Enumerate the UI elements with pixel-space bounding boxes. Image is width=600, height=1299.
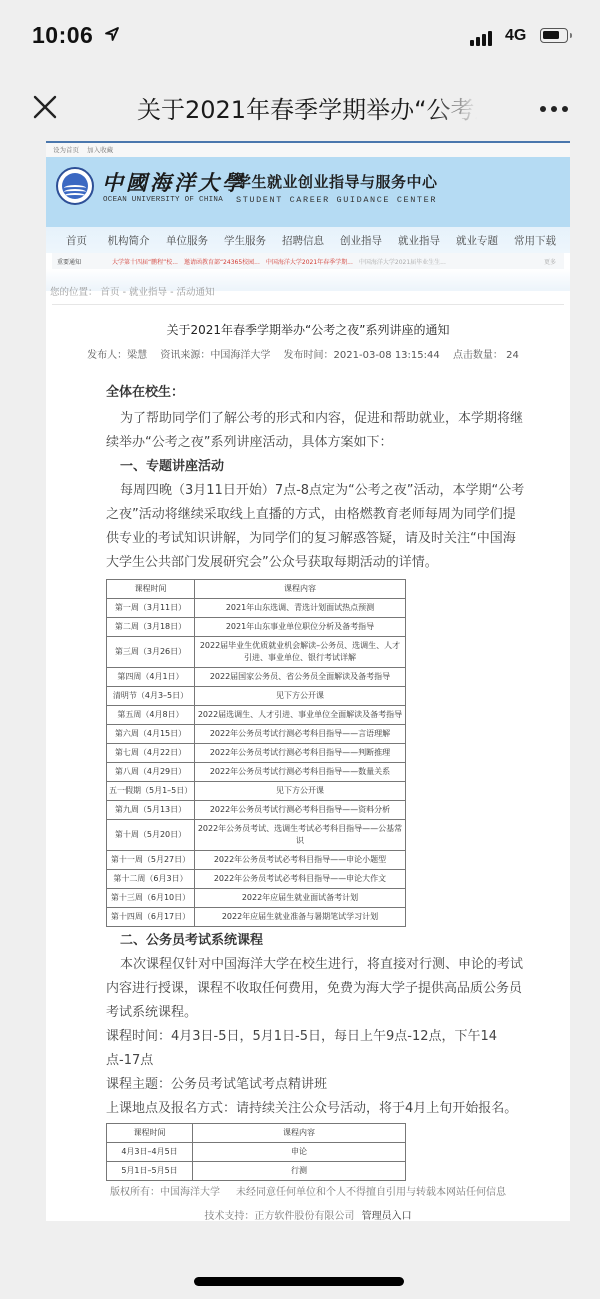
table-row: 第九周（5月13日）2022年公务员考试行测必考科目指导——资料分析 bbox=[107, 801, 406, 820]
ticker-item[interactable]: 邀请函教育部“24365校园... bbox=[184, 257, 260, 266]
cell-content: 2022年公务员考试行测必考科目指导——判断推理 bbox=[195, 744, 406, 763]
cell-content: 2022年公务员考试必考科目指导——申论大作文 bbox=[195, 870, 406, 889]
cell-time: 第五周（4月8日） bbox=[107, 706, 195, 725]
menu-about[interactable]: 机构简介 bbox=[99, 233, 158, 248]
table-row: 第四周（4月1日）2022届国家公务员、省公务员全面解读及备考指导 bbox=[107, 668, 406, 687]
ticker-item[interactable]: 中国海洋大学2021届毕业生生... bbox=[359, 257, 446, 266]
menu-student-services[interactable]: 学生服务 bbox=[216, 233, 274, 248]
copyright: 版权所有：中国海洋大学 bbox=[110, 1187, 220, 1198]
table-header-row: 课程时间 课程内容 bbox=[107, 580, 406, 599]
network-label: 4G bbox=[505, 27, 526, 45]
cell-content: 申论 bbox=[193, 1143, 406, 1162]
table-row: 五一假期（5月1–5日）见下方公开课 bbox=[107, 782, 406, 801]
breadcrumb: 您的位置： 首页 - 就业指导 - 活动通知 bbox=[50, 284, 215, 298]
cell-content: 2022年应届生就业准备与暑期笔试学习计划 bbox=[195, 908, 406, 927]
cell-time: 第六周（4月15日） bbox=[107, 725, 195, 744]
cell-time: 第十二周（6月3日） bbox=[107, 870, 195, 889]
table-row: 第五周（4月8日）2022届选调生、人才引进、事业单位全面解读及备考指导 bbox=[107, 706, 406, 725]
section1-paragraph: 每周四晚（3月11日开始）7点-8点定为“公考之夜”活动，本学期“公考之夜”活动… bbox=[106, 479, 526, 575]
university-name-cn: 中國海洋大學 bbox=[102, 167, 246, 197]
cell-time: 第八周（4月29日） bbox=[107, 763, 195, 782]
table-row: 清明节（4月3–5日）见下方公开课 bbox=[107, 687, 406, 706]
cell-content: 2022年应届生就业面试备考计划 bbox=[195, 889, 406, 908]
header-cell: 课程时间 bbox=[107, 580, 195, 599]
divider bbox=[52, 304, 564, 305]
status-time: 10:06 bbox=[32, 22, 93, 49]
cell-content: 2022届选调生、人才引进、事业单位全面解读及备考指导 bbox=[195, 706, 406, 725]
section1-title: 一、专题讲座活动 bbox=[106, 455, 526, 479]
intro-paragraph: 为了帮助同学们了解公考的形式和内容，促进和帮助就业，本学期将继续举办“公考之夜”… bbox=[106, 407, 526, 455]
article-title: 关于2021年春季学期举办“公考之夜”系列讲座的通知 bbox=[46, 321, 570, 338]
set-homepage-link[interactable]: 设为首页 bbox=[53, 146, 79, 154]
table-row: 5月1日–5月5日行测 bbox=[107, 1162, 406, 1181]
cell-time: 4月3日–4月5日 bbox=[107, 1143, 193, 1162]
cell-time: 第十周（5月20日） bbox=[107, 820, 195, 851]
more-icon[interactable] bbox=[540, 106, 570, 114]
tech-support: 技术支持：正方软件股份有限公司 bbox=[204, 1211, 354, 1222]
course-place: 上课地点及报名方式：请持续关注公众号活动，将于4月上旬开始报名。 bbox=[106, 1097, 526, 1121]
home-indicator[interactable] bbox=[194, 1277, 404, 1286]
table-row: 第十周（5月20日）2022年公务员考试、选调生考试必考科目指导——公基常识 bbox=[107, 820, 406, 851]
table-row: 第十二周（6月3日）2022年公务员考试必考科目指导——申论大作文 bbox=[107, 870, 406, 889]
table-row: 第一周（3月11日）2021年山东选调、青选计划面试热点预测 bbox=[107, 599, 406, 618]
page-title: 关于2021年春季学期举办“公考之夜”系列讲座的通知 bbox=[137, 90, 477, 125]
ticker-item[interactable]: 大学第十四届“鹏程”校... bbox=[112, 257, 178, 266]
menu-recruitment[interactable]: 招聘信息 bbox=[274, 233, 332, 248]
cell-time: 第七周（4月22日） bbox=[107, 744, 195, 763]
cell-time: 第二周（3月18日） bbox=[107, 618, 195, 637]
cell-content: 2021年山东事业单位职位分析及备考指导 bbox=[195, 618, 406, 637]
cell-time: 第三周（3月26日） bbox=[107, 637, 195, 668]
site-banner: 中國海洋大學 学生就业创业指导与服务中心 OCEAN UNIVERSITY OF… bbox=[46, 157, 570, 227]
main-menu: 首页 机构简介 单位服务 学生服务 招聘信息 创业指导 就业指导 就业专题 常用… bbox=[46, 227, 570, 253]
admin-login-link[interactable]: 管理员入口 bbox=[362, 1211, 412, 1222]
battery-icon bbox=[540, 28, 568, 43]
course-time: 课程时间：4月3日-5日，5月1日-5日，每日上午9点-12点，下午14点-17… bbox=[106, 1025, 526, 1073]
course-topic: 课程主题：公务员考试笔试考点精讲班 bbox=[106, 1073, 526, 1097]
table-row: 第六周（4月15日）2022年公务员考试行测必考科目指导——言语理解 bbox=[107, 725, 406, 744]
university-name-en: OCEAN UNIVERSITY OF CHINA bbox=[103, 196, 223, 204]
breadcrumb-prefix: 您的位置： bbox=[50, 287, 98, 298]
menu-home[interactable]: 首页 bbox=[54, 233, 99, 248]
course-table: 课程时间 课程内容 4月3日–4月5日申论 5月1日–5月5日行测 bbox=[106, 1123, 406, 1181]
table-row: 第三周（3月26日）2022届毕业生优质就业机会解读–公务员、选调生、人才引进、… bbox=[107, 637, 406, 668]
cell-content: 2022年公务员考试、选调生考试必考科目指导——公基常识 bbox=[195, 820, 406, 851]
nav-bar: 关于2021年春季学期举办“公考之夜”系列讲座的通知 bbox=[0, 70, 600, 134]
table-header-row: 课程时间 课程内容 bbox=[107, 1124, 406, 1143]
cell-time: 第一周（3月11日） bbox=[107, 599, 195, 618]
cell-content: 2021年山东选调、青选计划面试热点预测 bbox=[195, 599, 406, 618]
ticker-label: 重要通知 bbox=[57, 257, 112, 266]
breadcrumb-activity-notice[interactable]: 活动通知 bbox=[177, 287, 215, 298]
cell-time: 清明节（4月3–5日） bbox=[107, 687, 195, 706]
menu-downloads[interactable]: 常用下载 bbox=[506, 233, 564, 248]
cell-content: 2022年公务员考试行测必考科目指导——言语理解 bbox=[195, 725, 406, 744]
section2-paragraph: 本次课程仅针对中国海洋大学在校生进行，将直接对行测、申论的考试内容进行授课，课程… bbox=[106, 953, 526, 1025]
web-page: 设为首页 加入收藏 中國海洋大學 学生就业创业指导与服务中心 OCEAN UNI… bbox=[46, 141, 570, 1221]
ticker-more-link[interactable]: 更多 bbox=[544, 257, 556, 266]
cell-content: 2022年公务员考试行测必考科目指导——资料分析 bbox=[195, 801, 406, 820]
publisher: 发布人：梁慧 bbox=[87, 350, 147, 361]
toolbar-links: 设为首页 加入收藏 bbox=[46, 143, 570, 157]
publish-time: 发布时间：2021-03-08 13:15:44 bbox=[284, 350, 440, 361]
article-meta: 发布人：梁慧 资讯来源：中国海洋大学 发布时间：2021-03-08 13:15… bbox=[46, 346, 570, 361]
cell-content: 2022年公务员考试行测必考科目指导——数量关系 bbox=[195, 763, 406, 782]
cell-time: 5月1日–5月5日 bbox=[107, 1162, 193, 1181]
greeting: 全体在校生： bbox=[106, 381, 526, 405]
cell-time: 第十一周（5月27日） bbox=[107, 851, 195, 870]
signal-icon bbox=[470, 30, 498, 46]
table-row: 第十四周（6月17日）2022年应届生就业准备与暑期笔试学习计划 bbox=[107, 908, 406, 927]
cell-content: 2022届国家公务员、省公务员全面解读及备考指导 bbox=[195, 668, 406, 687]
section2-title: 二、公务员考试系统课程 bbox=[106, 929, 526, 953]
add-favorite-link[interactable]: 加入收藏 bbox=[87, 146, 113, 154]
cell-time: 第九周（5月13日） bbox=[107, 801, 195, 820]
ticker-item[interactable]: 中国海洋大学2021年春季学期... bbox=[266, 257, 353, 266]
breadcrumb-career-guidance[interactable]: 就业指导 bbox=[129, 287, 167, 298]
click-count: 点击数量： 24 bbox=[453, 350, 519, 361]
cell-time: 第十三周（6月10日） bbox=[107, 889, 195, 908]
breadcrumb-sep: - bbox=[120, 287, 129, 298]
footer-copyright: 版权所有：中国海洋大学 未经同意任何单位和个人不得擅自引用与转载本网站任何信息 bbox=[46, 1183, 570, 1198]
breadcrumb-sep: - bbox=[167, 287, 176, 298]
news-ticker: 重要通知 大学第十四届“鹏程”校... 邀请函教育部“24365校园... 中国… bbox=[52, 253, 564, 269]
table-row: 第二周（3月18日）2021年山东事业单位职位分析及备考指导 bbox=[107, 618, 406, 637]
schedule-table: 课程时间 课程内容 第一周（3月11日）2021年山东选调、青选计划面试热点预测… bbox=[106, 579, 406, 927]
center-name: 学生就业创业指导与服务中心 bbox=[236, 171, 438, 192]
source: 资讯来源：中国海洋大学 bbox=[160, 350, 270, 361]
status-bar: 10:06 4G bbox=[0, 0, 600, 70]
table-row: 第七周（4月22日）2022年公务员考试行测必考科目指导——判断推理 bbox=[107, 744, 406, 763]
copyright-notice: 未经同意任何单位和个人不得擅自引用与转载本网站任何信息 bbox=[236, 1187, 506, 1198]
cell-content: 行测 bbox=[193, 1162, 406, 1181]
close-icon[interactable] bbox=[30, 92, 60, 122]
footer-tech: 技术支持：正方软件股份有限公司 管理员入口 bbox=[46, 1207, 570, 1222]
cell-content: 见下方公开课 bbox=[195, 782, 406, 801]
menu-entrepreneurship[interactable]: 创业指导 bbox=[332, 233, 390, 248]
center-name-en: STUDENT CAREER GUIDANCE CENTER bbox=[236, 195, 437, 205]
cell-content: 2022届毕业生优质就业机会解读–公务员、选调生、人才引进、事业单位、银行考试详… bbox=[195, 637, 406, 668]
cell-time: 第四周（4月1日） bbox=[107, 668, 195, 687]
table-row: 第八周（4月29日）2022年公务员考试行测必考科目指导——数量关系 bbox=[107, 763, 406, 782]
article-body: 全体在校生： 为了帮助同学们了解公考的形式和内容，促进和帮助就业，本学期将继续举… bbox=[106, 381, 526, 1181]
header-cell: 课程内容 bbox=[193, 1124, 406, 1143]
breadcrumb-home[interactable]: 首页 bbox=[101, 287, 120, 298]
menu-career-topics[interactable]: 就业专题 bbox=[448, 233, 506, 248]
table-row: 4月3日–4月5日申论 bbox=[107, 1143, 406, 1162]
table-row: 第十一周（5月27日）2022年公务员考试必考科目指导——申论小题型 bbox=[107, 851, 406, 870]
cell-content: 见下方公开课 bbox=[195, 687, 406, 706]
cell-time: 第十四周（6月17日） bbox=[107, 908, 195, 927]
header-cell: 课程内容 bbox=[195, 580, 406, 599]
cell-content: 2022年公务员考试必考科目指导——申论小题型 bbox=[195, 851, 406, 870]
location-arrow-icon bbox=[104, 26, 120, 42]
menu-employer-services[interactable]: 单位服务 bbox=[158, 233, 216, 248]
table-row: 第十三周（6月10日）2022年应届生就业面试备考计划 bbox=[107, 889, 406, 908]
university-logo-icon[interactable] bbox=[56, 167, 94, 205]
menu-career-guidance[interactable]: 就业指导 bbox=[390, 233, 448, 248]
cell-time: 五一假期（5月1–5日） bbox=[107, 782, 195, 801]
header-cell: 课程时间 bbox=[107, 1124, 193, 1143]
